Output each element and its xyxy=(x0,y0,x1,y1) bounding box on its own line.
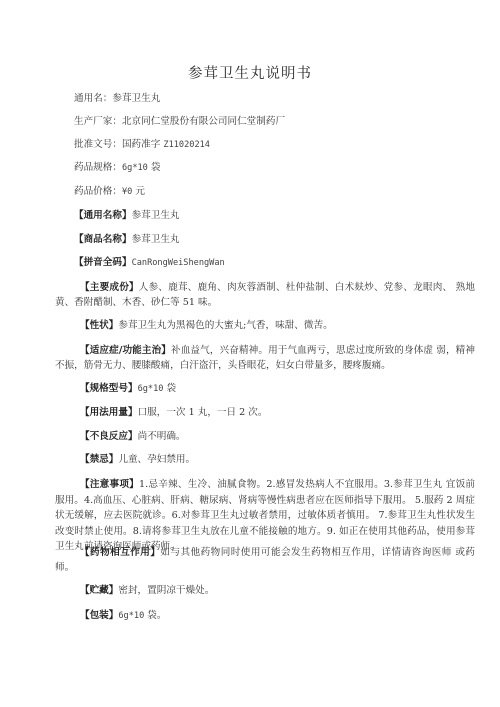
section-adverse-reactions: 【不良反应】尚不明确。 xyxy=(80,430,186,444)
field-label: 药品价格： xyxy=(74,186,122,197)
section-text: 儿童、孕妇禁用。 xyxy=(118,454,195,465)
field-label: 生产厂家： xyxy=(74,116,122,127)
section-key: 【注意事项】 xyxy=(80,479,139,490)
section-storage: 【贮藏】密封，置阴凉干燥处。 xyxy=(80,584,214,598)
field-label: 药品规格： xyxy=(74,162,122,173)
section-text: 参茸卫生丸为黑褐色的大蜜丸;气香，味甜、微苦。 xyxy=(118,320,332,331)
field-label: 通用名： xyxy=(74,93,112,104)
section-key: 【商品名称】 xyxy=(74,234,132,245)
section-key: 【性状】 xyxy=(80,320,118,331)
section-key: 【拼音全码】 xyxy=(74,257,132,268)
field-value-code: Z11020214 xyxy=(163,140,210,150)
field-approval-number: 批准文号：国药准字 Z11020214 xyxy=(74,138,210,152)
section-text: 参茸卫生丸 xyxy=(132,234,180,245)
field-value: ¥0 xyxy=(122,187,132,197)
section-text: 密封，置阴凉干燥处。 xyxy=(118,585,214,596)
section-ingredients: 【主要成份】人参、鹿茸、鹿角、肉灰蓉酒制、杜仲盐制、白术麸炒、党参、龙眼肉、 熟… xyxy=(55,280,475,310)
section-contraindications: 【禁忌】儿童、孕妇禁用。 xyxy=(80,453,195,467)
field-value: 国药准字 xyxy=(122,139,163,150)
field-value-suffix: 袋 xyxy=(148,162,161,173)
section-text-suffix: 袋。 xyxy=(144,610,166,621)
section-key: 【包装】 xyxy=(80,610,118,621)
section-drug-interactions: 【药物相互作用】如与其他药物同时使用可能会发生药物相互作用，详情请咨询医师 或药… xyxy=(55,545,475,575)
section-trade-name: 【商品名称】参茸卫生丸 xyxy=(74,233,180,247)
field-value: 6g*10 xyxy=(122,163,148,173)
section-key: 【贮藏】 xyxy=(80,585,118,596)
section-generic-name: 【通用名称】参茸卫生丸 xyxy=(74,209,180,223)
section-properties: 【性状】参茸卫生丸为黑褐色的大蜜丸;气香，味甜、微苦。 xyxy=(80,319,333,333)
section-packaging: 【包装】6g*10 袋。 xyxy=(80,609,167,623)
section-key: 【通用名称】 xyxy=(74,210,132,221)
field-specification: 药品规格：6g*10 袋 xyxy=(74,161,161,175)
section-key: 【禁忌】 xyxy=(80,454,118,465)
section-text: 6g*10 xyxy=(118,611,144,621)
section-pinyin: 【拼音全码】CanRongWeiShengWan xyxy=(74,256,225,270)
section-text: CanRongWeiShengWan xyxy=(132,258,225,268)
section-indications: 【适应症/功能主治】补血益气，兴奋精神。用于气血两亏，思虑过度所致的身体虚 弱，… xyxy=(55,343,475,373)
field-price: 药品价格：¥0 元 xyxy=(74,185,145,199)
section-dosage: 【用法用量】口服，一次 1 丸，一日 2 次。 xyxy=(80,406,268,420)
field-manufacturer: 生产厂家：北京同仁堂股份有限公司同仁堂制药厂 xyxy=(74,115,285,129)
field-label: 批准文号： xyxy=(74,139,122,150)
section-text: 口服，一次 1 丸，一日 2 次。 xyxy=(138,407,268,418)
section-key: 【主要成份】 xyxy=(80,282,139,293)
section-key: 【不良反应】 xyxy=(80,431,138,442)
field-value: 北京同仁堂股份有限公司同仁堂制药厂 xyxy=(122,116,285,127)
document-title: 参茸卫生丸说明书 xyxy=(0,62,500,83)
section-key: 【适应症/功能主治】 xyxy=(80,345,171,356)
field-generic-name: 通用名：参茸卫生丸 xyxy=(74,92,160,106)
section-text: 尚不明确。 xyxy=(138,431,186,442)
document-page: 参茸卫生丸说明书 通用名：参茸卫生丸 生产厂家：北京同仁堂股份有限公司同仁堂制药… xyxy=(0,0,500,707)
section-text: 6g*10 xyxy=(138,384,164,394)
section-specification-model: 【规格型号】6g*10 袋 xyxy=(80,382,176,396)
section-text-suffix: 袋 xyxy=(163,383,176,394)
section-key: 【用法用量】 xyxy=(80,407,138,418)
section-key: 【规格型号】 xyxy=(80,383,138,394)
field-value-suffix: 元 xyxy=(132,186,145,197)
section-key: 【药物相互作用】 xyxy=(80,547,160,558)
field-value: 参茸卫生丸 xyxy=(112,93,160,104)
section-precautions: 【注意事项】1.忌辛辣、生冷、油腻食物。2.感冒发热病人不宜服用。3.参茸卫生丸… xyxy=(55,477,475,555)
section-text: 参茸卫生丸 xyxy=(132,210,180,221)
